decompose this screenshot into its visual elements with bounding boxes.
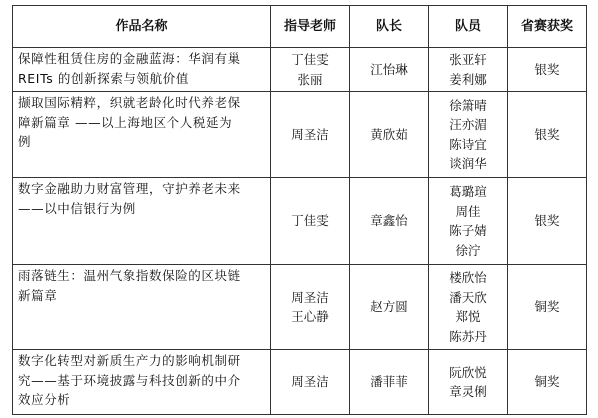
member-name: 阮欣悦 <box>429 363 507 383</box>
project-title-line: 雨落链生：温州气象指数保险的区块链 <box>18 266 266 286</box>
project-title-line: ——以中信银行为例 <box>18 199 266 219</box>
members-cell: 张亚轩 姜利娜 <box>429 48 508 92</box>
advisor-cell: 周圣洁 王心静 <box>271 265 350 350</box>
advisor-cell: 周圣洁 <box>271 92 350 178</box>
member-name: 章灵俐 <box>429 382 507 402</box>
captain-cell: 章鑫怡 <box>350 178 429 265</box>
award-cell: 银奖 <box>508 92 587 178</box>
table-row: 撷取国际精粹，织就老龄化时代养老保 障新篇章 ——以上海地区个人税延为 例 周圣… <box>13 92 587 178</box>
advisor-name: 周圣洁 <box>271 125 349 145</box>
award-cell: 铜奖 <box>508 265 587 350</box>
project-title-line: 新篇章 <box>18 286 266 306</box>
advisor-name: 王心静 <box>271 307 349 327</box>
member-name: 张亚轩 <box>429 50 507 70</box>
captain-cell: 黄欣茹 <box>350 92 429 178</box>
member-name: 潘天欣 <box>429 288 507 308</box>
project-title-line: 撷取国际精粹，织就老龄化时代养老保 <box>18 93 266 113</box>
member-name: 徐箫晴 <box>429 96 507 116</box>
table-row: 雨落链生：温州气象指数保险的区块链 新篇章 周圣洁 王心静 赵方圆 楼欣怡 潘天… <box>13 265 587 350</box>
member-name: 徐泞 <box>429 241 507 261</box>
captain-cell: 江怡琳 <box>350 48 429 92</box>
member-name: 姜利娜 <box>429 70 507 90</box>
project-title-cell: 数字金融助力财富管理，守护养老未来 ——以中信银行为例 <box>13 178 271 265</box>
member-name: 汪亦湄 <box>429 115 507 135</box>
project-title-line: 究——基于环境披露与科技创新的中介 <box>18 371 266 391</box>
member-name: 周佳 <box>429 202 507 222</box>
member-name: 陈诗宜 <box>429 135 507 155</box>
members-cell: 楼欣怡 潘天欣 郑悦 陈苏丹 <box>429 265 508 350</box>
captain-cell: 赵方圆 <box>350 265 429 350</box>
awards-table: 作品名称 指导老师 队长 队员 省赛获奖 保障性租赁住房的金融蓝海：华润有巢 R… <box>12 5 587 415</box>
award-cell: 银奖 <box>508 178 587 265</box>
advisor-name: 张丽 <box>271 70 349 90</box>
project-title-cell: 保障性租赁住房的金融蓝海：华润有巢 REITs 的创新探索与领航价值 <box>13 48 271 92</box>
members-cell: 阮欣悦 章灵俐 <box>429 350 508 415</box>
advisor-name: 周圣洁 <box>271 288 349 308</box>
advisor-name: 周圣洁 <box>271 372 349 392</box>
project-title-line: 障新篇章 ——以上海地区个人税延为 <box>18 113 266 133</box>
table-row: 数字化转型对新质生产力的影响机制研 究——基于环境披露与科技创新的中介 效应分析… <box>13 350 587 415</box>
member-name: 谈润华 <box>429 154 507 174</box>
header-members: 队员 <box>429 6 508 48</box>
member-name: 陈子婧 <box>429 221 507 241</box>
project-title-line: 保障性租赁住房的金融蓝海：华润有巢 <box>18 49 266 69</box>
header-project-title: 作品名称 <box>13 6 271 48</box>
advisor-cell: 周圣洁 <box>271 350 350 415</box>
header-advisor: 指导老师 <box>271 6 350 48</box>
captain-cell: 潘菲菲 <box>350 350 429 415</box>
header-captain: 队长 <box>350 6 429 48</box>
project-title-cell: 数字化转型对新质生产力的影响机制研 究——基于环境披露与科技创新的中介 效应分析 <box>13 350 271 415</box>
member-name: 陈苏丹 <box>429 327 507 347</box>
table-row: 数字金融助力财富管理，守护养老未来 ——以中信银行为例 丁佳雯 章鑫怡 葛璐瑄 … <box>13 178 587 265</box>
advisor-cell: 丁佳雯 张丽 <box>271 48 350 92</box>
project-title-cell: 撷取国际精粹，织就老龄化时代养老保 障新篇章 ——以上海地区个人税延为 例 <box>13 92 271 178</box>
member-name: 葛璐瑄 <box>429 182 507 202</box>
member-name: 楼欣怡 <box>429 268 507 288</box>
award-cell: 铜奖 <box>508 350 587 415</box>
header-provincial-award: 省赛获奖 <box>508 6 587 48</box>
advisor-name: 丁佳雯 <box>271 50 349 70</box>
members-cell: 徐箫晴 汪亦湄 陈诗宜 谈润华 <box>429 92 508 178</box>
members-cell: 葛璐瑄 周佳 陈子婧 徐泞 <box>429 178 508 265</box>
project-title-line: 数字化转型对新质生产力的影响机制研 <box>18 351 266 371</box>
project-title-line: 例 <box>18 132 266 152</box>
member-name: 郑悦 <box>429 307 507 327</box>
award-cell: 银奖 <box>508 48 587 92</box>
table-row: 保障性租赁住房的金融蓝海：华润有巢 REITs 的创新探索与领航价值 丁佳雯 张… <box>13 48 587 92</box>
table-header-row: 作品名称 指导老师 队长 队员 省赛获奖 <box>13 6 587 48</box>
advisor-cell: 丁佳雯 <box>271 178 350 265</box>
project-title-cell: 雨落链生：温州气象指数保险的区块链 新篇章 <box>13 265 271 350</box>
project-title-line: 数字金融助力财富管理，守护养老未来 <box>18 179 266 199</box>
project-title-line: REITs 的创新探索与领航价值 <box>18 69 266 89</box>
project-title-line: 效应分析 <box>18 390 266 410</box>
advisor-name: 丁佳雯 <box>271 211 349 231</box>
